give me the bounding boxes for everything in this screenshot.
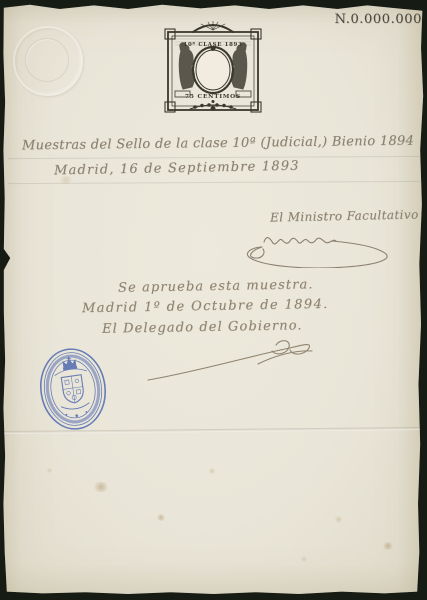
vignette-bottom-dot — [212, 100, 215, 103]
delegate-signature — [140, 336, 325, 384]
ruled-line — [8, 156, 420, 159]
stain-mark — [58, 176, 74, 184]
foxing-spot — [156, 514, 166, 521]
minister-title-line: El Ministro Facultativo — [270, 207, 419, 224]
foxing-spot — [334, 516, 343, 523]
minister-signature — [236, 226, 416, 268]
foxing-spot — [92, 482, 110, 492]
foxing-spot — [46, 468, 53, 473]
vignette-figure-left — [175, 43, 195, 97]
document-photo: N.0.000.000 — [0, 0, 427, 600]
government-delegation-seal-icon — [31, 341, 114, 436]
serial-number: N.0.000.000 — [322, 12, 422, 27]
embossed-seal-icon — [13, 26, 83, 96]
embossed-seal-inner-ring — [25, 38, 69, 82]
vignette-central-oval — [193, 47, 233, 94]
approval-date-line: Madrid 1º de Octubre de 1894. — [82, 297, 329, 316]
foxing-spot — [208, 468, 216, 474]
approval-signer-title-line: El Delegado del Gobierno. — [102, 318, 303, 336]
approval-sentence-line: Se aprueba esta muestra. — [118, 277, 314, 295]
seal-shield-icon — [61, 375, 85, 405]
paper-sheet: N.0.000.000 — [0, 0, 427, 600]
handwritten-title-line: Muestras del Sello de la clase 10ª (Judi… — [22, 134, 414, 154]
foxing-spot — [382, 542, 394, 550]
handwritten-date-line: Madrid, 16 de Septiembre 1893 — [54, 159, 300, 179]
vignette-figure-right — [232, 43, 252, 97]
vignette-class-text: 10ª CLASE 1893 — [184, 41, 243, 48]
vignette-denomination-text: 75 CENTIMOS — [185, 94, 241, 100]
revenue-stamp-vignette: 10ª CLASE 1893 75 CENTIMOS — [162, 21, 264, 121]
vignette-top-crest — [193, 21, 233, 32]
foxing-spot — [300, 556, 308, 562]
